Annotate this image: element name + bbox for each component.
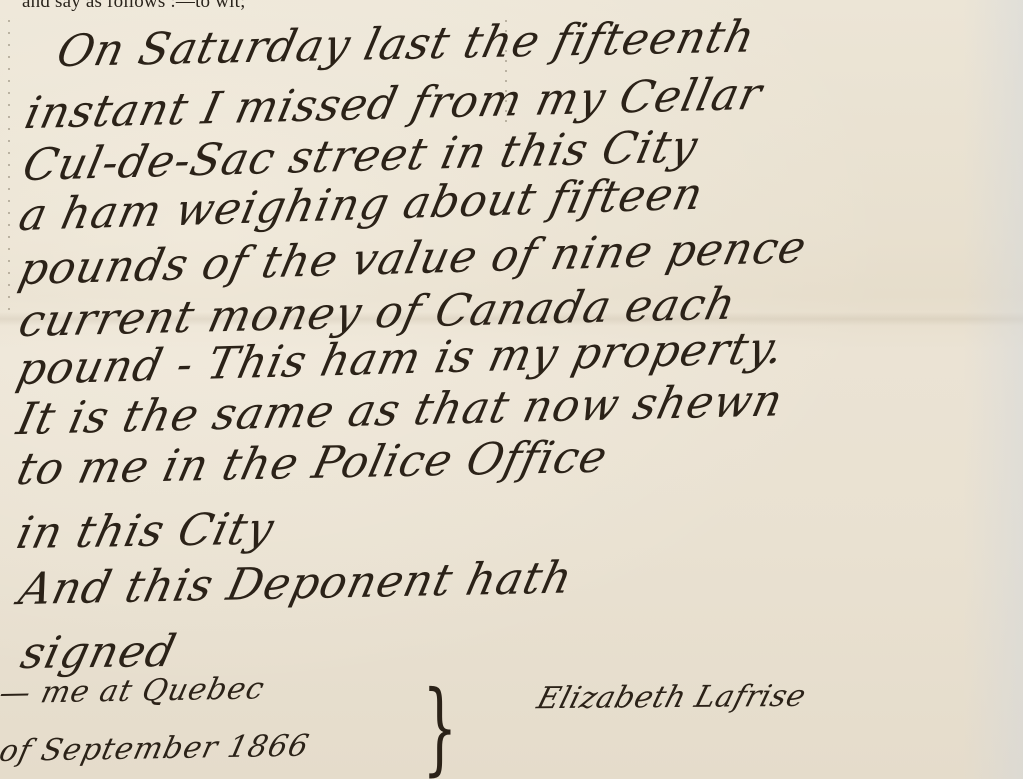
deponent-signature: Elizabeth Lafrise (533, 679, 810, 716)
handwritten-line-1: On Saturday last the fifteenth (52, 11, 760, 77)
handwritten-line-11: And this Deponent hath (14, 552, 577, 615)
jurat-line-2: of September 1866 (0, 729, 313, 770)
scanned-document-page: and say as follows :—to wit; On Saturday… (0, 0, 1023, 779)
handwritten-line-signed: signed (16, 626, 181, 679)
handwritten-line-10: in this City (12, 503, 279, 559)
printed-header: and say as follows :—to wit; (22, 0, 246, 13)
jurat-line-1: — me at Quebec (0, 671, 268, 711)
curly-brace-mark: } (422, 678, 457, 778)
margin-rule (8, 20, 10, 320)
